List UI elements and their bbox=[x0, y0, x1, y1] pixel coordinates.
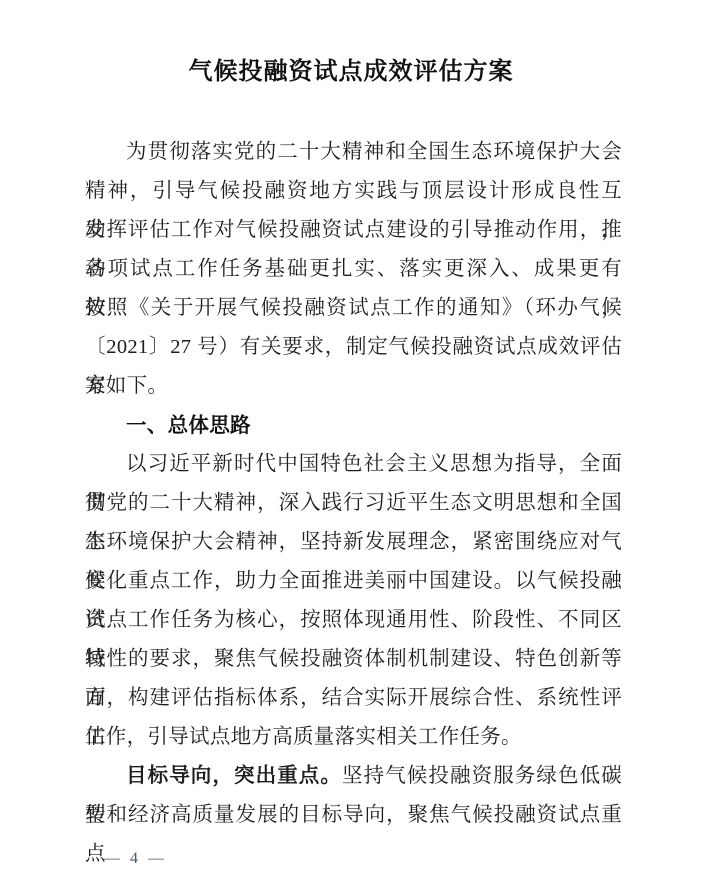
text-line: 为贯彻落实党的二十大精神和全国生态环境保护大会 bbox=[85, 133, 622, 172]
text-line: 〔2021〕27 号）有关要求，制定气候投融资试点成效评估方 bbox=[85, 328, 622, 367]
text-line: 各项试点工作任务基础更扎实、落实更深入、成果更有效， bbox=[85, 250, 622, 289]
text-line: 工作，引导试点地方高质量落实相关工作任务。 bbox=[85, 718, 622, 757]
text-line: 型和经济高质量发展的目标导向，聚焦气候投融资试点重点 bbox=[85, 796, 622, 835]
document-page: 气候投融资试点成效评估方案 为贯彻落实党的二十大精神和全国生态环境保护大会精神，… bbox=[0, 0, 702, 886]
text-segment: 案如下。 bbox=[85, 375, 168, 397]
text-line: 发挥评估工作对气候投融资试点建设的引导推动作用，推动 bbox=[85, 211, 622, 250]
text-segment: 按照《关于开展气候投融资试点工作的通知》（环办气候 bbox=[85, 297, 622, 319]
text-line: 试点工作任务为核心，按照体现通用性、阶段性、不同区域 bbox=[85, 601, 622, 640]
page-footer: — 4 — bbox=[104, 848, 167, 870]
text-line: 面，构建评估指标体系，结合实际开展综合性、系统性评估 bbox=[85, 679, 622, 718]
page-number: — 4 — bbox=[104, 850, 167, 867]
text-line: 变化重点工作，助力全面推进美丽中国建设。以气候投融资 bbox=[85, 562, 622, 601]
text-line: 目标导向，突出重点。坚持气候投融资服务绿色低碳转 bbox=[85, 757, 622, 796]
document-title: 气候投融资试点成效评估方案 bbox=[0, 55, 702, 89]
text-line: 按照《关于开展气候投融资试点工作的通知》（环办气候 bbox=[85, 289, 622, 328]
text-line: 以习近平新时代中国特色社会主义思想为指导，全面贯 bbox=[85, 445, 622, 484]
text-segment: 一、总体思路 bbox=[126, 414, 251, 437]
text-segment: 目标导向，突出重点。 bbox=[126, 765, 342, 787]
text-segment: 为贯彻落实党的二十大精神和全国生态环境保护大会 bbox=[126, 141, 622, 163]
document-body: 为贯彻落实党的二十大精神和全国生态环境保护大会精神，引导气候投融资地方实践与顶层… bbox=[85, 133, 622, 835]
text-line: 特性的要求，聚焦气候投融资体制机制建设、特色创新等方 bbox=[85, 640, 622, 679]
text-line: 精神，引导气候投融资地方实践与顶层设计形成良性互动， bbox=[85, 172, 622, 211]
text-segment: 工作，引导试点地方高质量落实相关工作任务。 bbox=[85, 726, 522, 748]
text-line: 案如下。 bbox=[85, 367, 622, 406]
section-heading: 一、总体思路 bbox=[85, 406, 622, 445]
text-line: 彻党的二十大精神，深入践行习近平生态文明思想和全国生 bbox=[85, 484, 622, 523]
text-line: 态环境保护大会精神，坚持新发展理念，紧密围绕应对气候 bbox=[85, 523, 622, 562]
